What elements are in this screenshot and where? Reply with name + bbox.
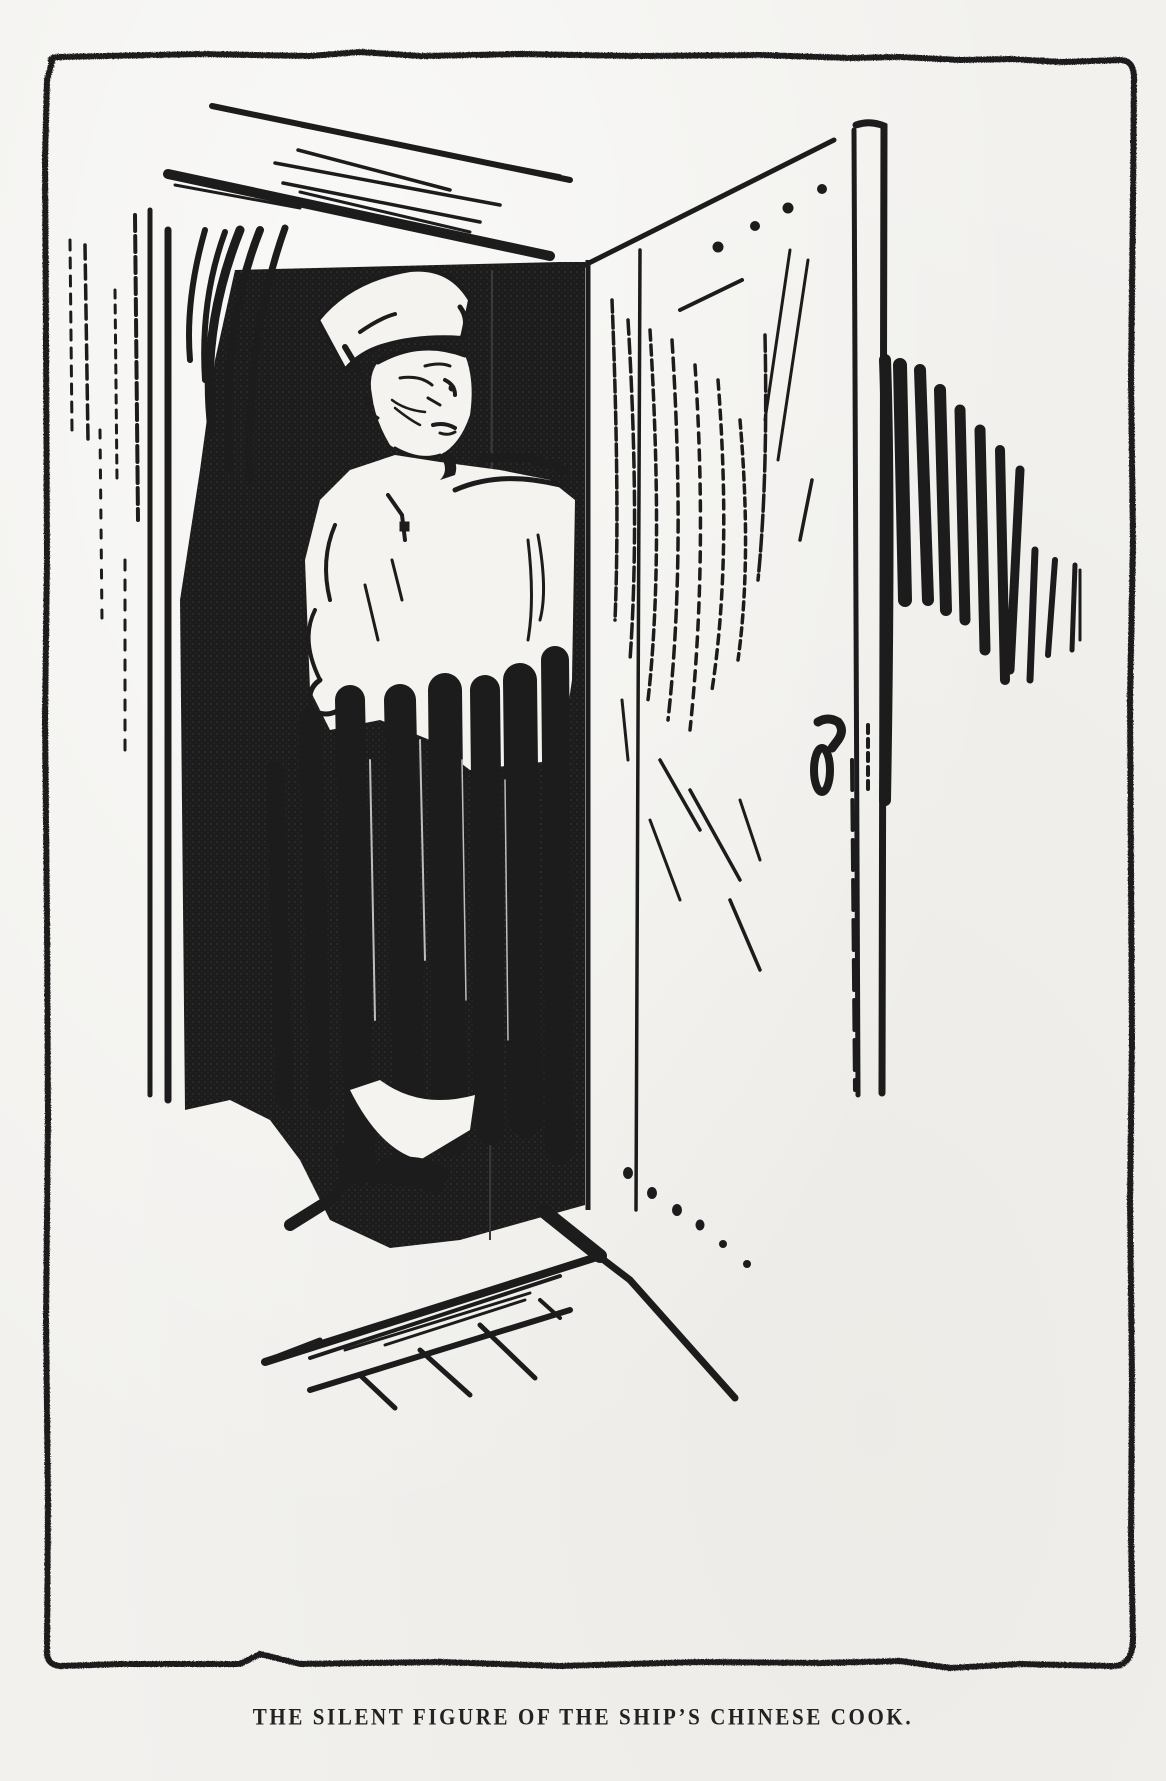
wall-dots bbox=[623, 1167, 751, 1268]
cast-shadow bbox=[885, 360, 1080, 800]
illustration bbox=[0, 0, 1166, 1680]
door-handle bbox=[814, 719, 868, 792]
door-threshold bbox=[265, 1212, 735, 1408]
door-lintel bbox=[168, 106, 570, 256]
left-door-post bbox=[70, 210, 168, 1100]
illustration-caption: THE SILENT FIGURE OF THE SHIP’S CHINESE … bbox=[0, 1704, 1166, 1731]
open-door bbox=[585, 123, 884, 1210]
book-page: THE SILENT FIGURE OF THE SHIP’S CHINESE … bbox=[0, 0, 1166, 1781]
